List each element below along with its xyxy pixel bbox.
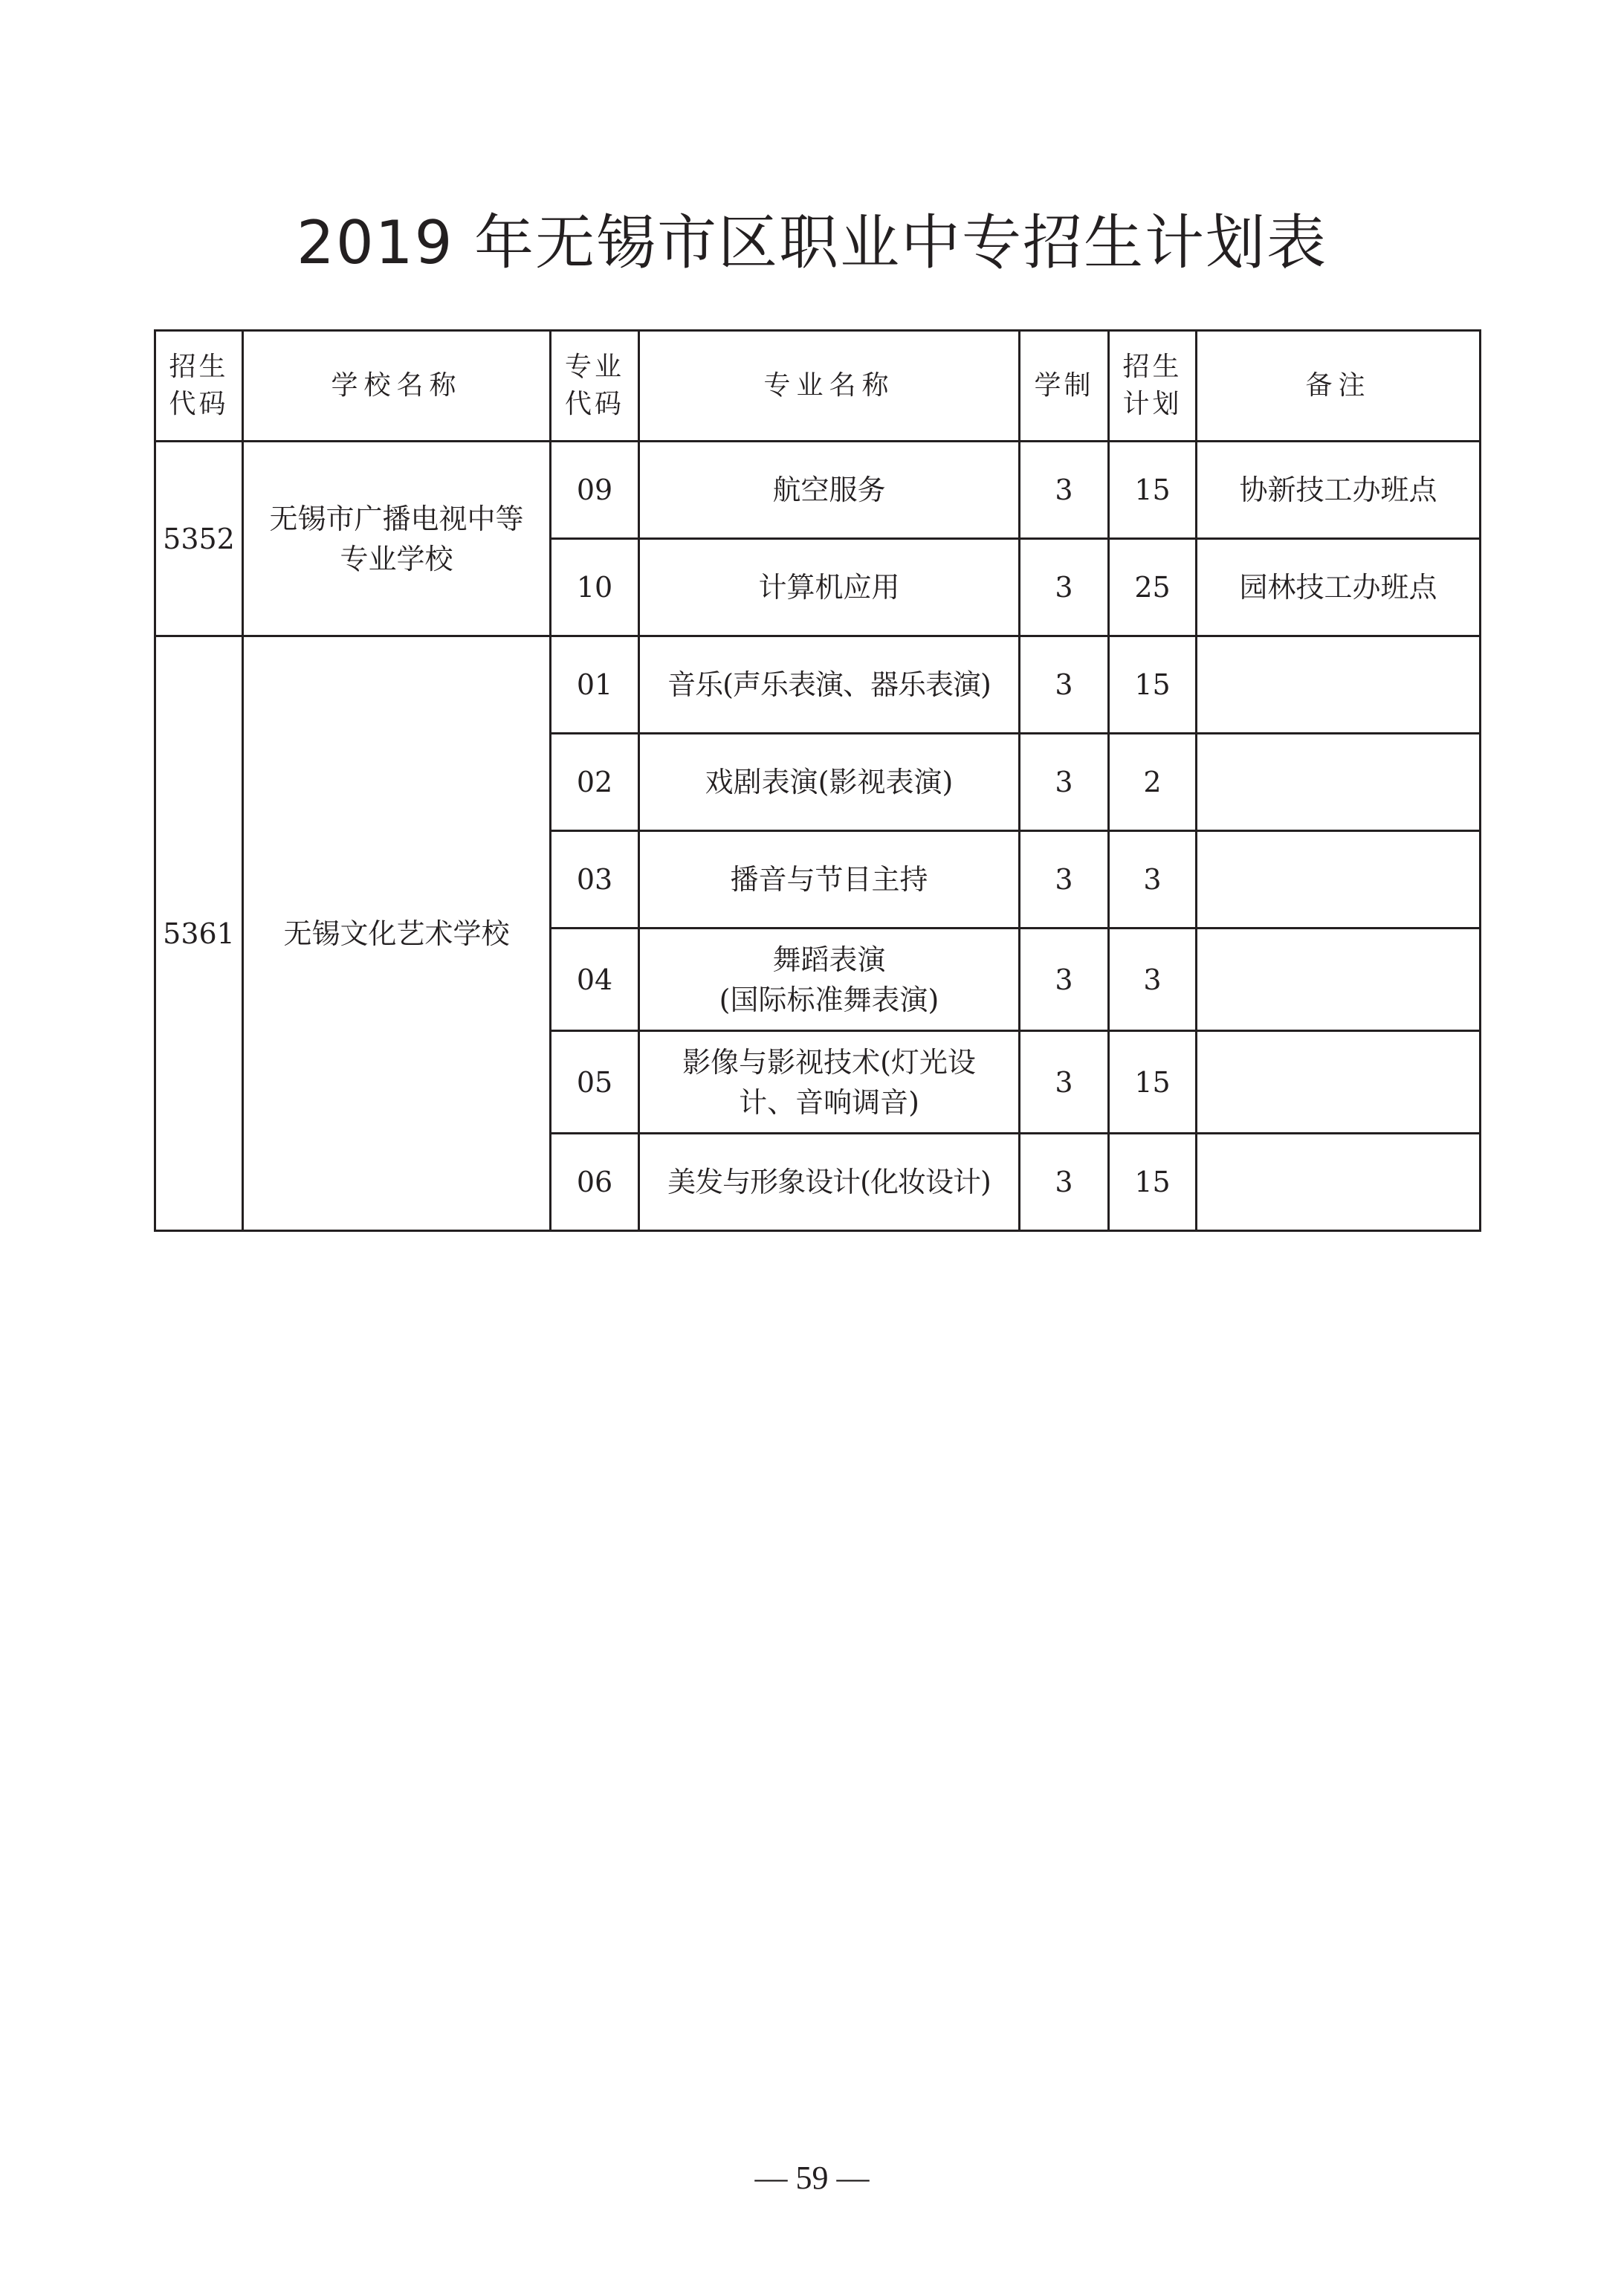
header-major-name: 专业名称	[639, 331, 1020, 442]
school-code-cell: 5361	[155, 636, 243, 1231]
major-code-cell: 01	[551, 636, 639, 734]
major-name-cell: 美发与形象设计(化妆设计)	[639, 1134, 1020, 1231]
major-code-cell: 02	[551, 734, 639, 831]
header-label: 专业名称	[763, 370, 894, 401]
school-code-cell: 5352	[155, 442, 243, 636]
major-code-cell: 03	[551, 831, 639, 929]
school-name-cell: 无锡文化艺术学校	[243, 636, 551, 1231]
remarks-cell	[1197, 1134, 1481, 1231]
page-title: 2019 年无锡市区职业中专招生计划表	[0, 202, 1624, 284]
plan-cell: 15	[1109, 1134, 1197, 1231]
plan-cell: 25	[1109, 539, 1197, 636]
header-label: 专业 代码	[565, 352, 624, 419]
header-school-code: 招生 代码	[155, 331, 243, 442]
enrollment-plan-table: 招生 代码 学校名称 专业 代码 专业名称 学制 招生 计划 备注 5352 无…	[154, 329, 1481, 1232]
school-name-cell: 无锡市广播电视中等专业学校	[243, 442, 551, 636]
remarks-cell	[1197, 636, 1481, 734]
remarks-cell: 协新技工办班点	[1197, 442, 1481, 539]
major-code-cell: 10	[551, 539, 639, 636]
school-name: 无锡市广播电视中等专业学校	[269, 503, 523, 575]
duration-cell: 3	[1020, 539, 1109, 636]
duration-cell: 3	[1020, 831, 1109, 929]
page-number: — 59 —	[0, 2156, 1624, 2200]
remarks-cell	[1197, 831, 1481, 929]
plan-cell: 2	[1109, 734, 1197, 831]
major-name-cell: 播音与节目主持	[639, 831, 1020, 929]
duration-cell: 3	[1020, 1031, 1109, 1134]
major-name-cell: 影像与影视技术(灯光设计、音响调音)	[639, 1031, 1020, 1134]
header-duration: 学制	[1020, 331, 1109, 442]
header-row: 招生 代码 学校名称 专业 代码 专业名称 学制 招生 计划 备注	[155, 331, 1481, 442]
plan-cell: 15	[1109, 442, 1197, 539]
major-code-cell: 04	[551, 929, 639, 1031]
duration-cell: 3	[1020, 636, 1109, 734]
table-row: 5361 无锡文化艺术学校 01 音乐(声乐表演、器乐表演) 3 15	[155, 636, 1481, 734]
major-code-cell: 06	[551, 1134, 639, 1231]
table-row: 5352 无锡市广播电视中等专业学校 09 航空服务 3 15 协新技工办班点	[155, 442, 1481, 539]
plan-cell: 3	[1109, 929, 1197, 1031]
plan-cell: 3	[1109, 831, 1197, 929]
major-name-cell: 戏剧表演(影视表演)	[639, 734, 1020, 831]
duration-cell: 3	[1020, 929, 1109, 1031]
major-name-cell: 音乐(声乐表演、器乐表演)	[639, 636, 1020, 734]
plan-cell: 15	[1109, 636, 1197, 734]
header-label: 学校名称	[331, 370, 462, 401]
duration-cell: 3	[1020, 734, 1109, 831]
header-major-code: 专业 代码	[551, 331, 639, 442]
plan-cell: 15	[1109, 1031, 1197, 1134]
major-name-cell: 计算机应用	[639, 539, 1020, 636]
major-name-cell: 舞蹈表演 (国际标准舞表演)	[639, 929, 1020, 1031]
remarks-cell	[1197, 1031, 1481, 1134]
remarks-cell	[1197, 734, 1481, 831]
remarks-cell: 园林技工办班点	[1197, 539, 1481, 636]
header-label: 学制	[1034, 370, 1093, 401]
major-name-cell: 航空服务	[639, 442, 1020, 539]
header-plan: 招生 计划	[1109, 331, 1197, 442]
header-school-name: 学校名称	[243, 331, 551, 442]
header-label: 招生 代码	[169, 352, 228, 419]
major-code-cell: 09	[551, 442, 639, 539]
header-remarks: 备注	[1197, 331, 1481, 442]
remarks-cell	[1197, 929, 1481, 1031]
duration-cell: 3	[1020, 1134, 1109, 1231]
duration-cell: 3	[1020, 442, 1109, 539]
major-code-cell: 05	[551, 1031, 639, 1134]
header-label: 招生 计划	[1122, 352, 1182, 419]
header-label: 备注	[1305, 370, 1371, 401]
